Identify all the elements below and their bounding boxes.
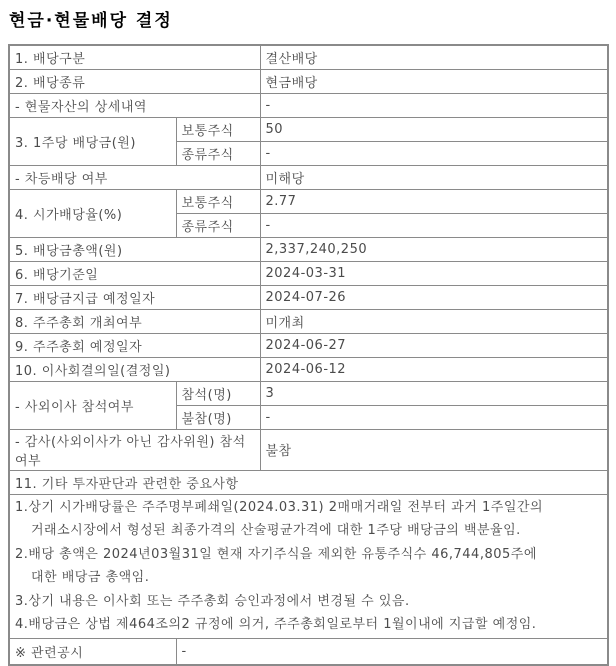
table-row: 3. 1주당 배당금(원) 보통주식 50 — [9, 117, 608, 141]
row-label: ※ 관련공시 — [9, 638, 176, 665]
row-label: 4. 시가배당율(%) — [9, 189, 176, 237]
row-value: 미개최 — [260, 309, 608, 333]
note-line: 대한 배당금 총액임. — [15, 566, 602, 590]
row-value: - — [260, 141, 608, 165]
row-sublabel: 불참(명) — [176, 405, 260, 429]
row-label: 7. 배당금지급 예정일자 — [9, 285, 260, 309]
table-row: 8. 주주총회 개최여부 미개최 — [9, 309, 608, 333]
row-value: 50 — [260, 117, 608, 141]
table-row: 6. 배당기준일 2024-03-31 — [9, 261, 608, 285]
row-sublabel: 보통주식 — [176, 117, 260, 141]
row-value: - — [176, 638, 608, 665]
row-label: 9. 주주총회 예정일자 — [9, 333, 260, 357]
disclosure-table: 1. 배당구분 결산배당 2. 배당종류 현금배당 - 현물자산의 상세내역 -… — [8, 44, 609, 666]
row-value: - — [260, 93, 608, 117]
row-value: 현금배당 — [260, 69, 608, 93]
page-title: 현금·현물배당 결정 — [9, 6, 616, 31]
section-header: 11. 기타 투자판단과 관련한 중요사항 — [9, 470, 608, 494]
row-label: 8. 주주총회 개최여부 — [9, 309, 260, 333]
row-sublabel: 종류주식 — [176, 213, 260, 237]
table-row: - 사외이사 참석여부 참석(명) 3 — [9, 381, 608, 405]
row-label: - 감사(사외이사가 아닌 감사위원) 참석여부 — [9, 429, 260, 470]
row-label: 6. 배당기준일 — [9, 261, 260, 285]
row-label: 2. 배당종류 — [9, 69, 260, 93]
row-value: - — [260, 405, 608, 429]
row-value: 2.77 — [260, 189, 608, 213]
table-row: ※ 관련공시 - — [9, 638, 608, 665]
table-row: 10. 이사회결의일(결정일) 2024-06-12 — [9, 357, 608, 381]
row-label: 10. 이사회결의일(결정일) — [9, 357, 260, 381]
row-sublabel: 보통주식 — [176, 189, 260, 213]
note-line: 거래소시장에서 형성된 최종가격의 산술평균가격에 대한 1주당 배당금의 백분… — [15, 519, 602, 543]
table-row: 2. 배당종류 현금배당 — [9, 69, 608, 93]
table-row: 7. 배당금지급 예정일자 2024-07-26 — [9, 285, 608, 309]
row-value: 2,337,240,250 — [260, 237, 608, 261]
table-row: 1. 배당구분 결산배당 — [9, 45, 608, 69]
table-row: - 현물자산의 상세내역 - — [9, 93, 608, 117]
row-label: 1. 배당구분 — [9, 45, 260, 69]
note-line: 1.상기 시가배당률은 주주명부폐쇄일(2024.03.31) 2매매거래일 전… — [15, 496, 602, 520]
table-row: 11. 기타 투자판단과 관련한 중요사항 — [9, 470, 608, 494]
table-row: 9. 주주총회 예정일자 2024-06-27 — [9, 333, 608, 357]
row-value: 미해당 — [260, 165, 608, 189]
row-label: 5. 배당금총액(원) — [9, 237, 260, 261]
note-line: 3.상기 내용은 이사회 또는 주주총회 승인과정에서 변경될 수 있음. — [15, 590, 602, 614]
row-sublabel: 참석(명) — [176, 381, 260, 405]
table-row: 1.상기 시가배당률은 주주명부폐쇄일(2024.03.31) 2매매거래일 전… — [9, 494, 608, 638]
row-value: 불참 — [260, 429, 608, 470]
row-label: - 사외이사 참석여부 — [9, 381, 176, 429]
table-row: - 감사(사외이사가 아닌 감사위원) 참석여부 불참 — [9, 429, 608, 470]
row-label: - 현물자산의 상세내역 — [9, 93, 260, 117]
row-label: - 차등배당 여부 — [9, 165, 260, 189]
notes-cell: 1.상기 시가배당률은 주주명부폐쇄일(2024.03.31) 2매매거래일 전… — [9, 494, 608, 638]
row-value: 2024-03-31 — [260, 261, 608, 285]
row-value: 2024-07-26 — [260, 285, 608, 309]
row-value: 2024-06-27 — [260, 333, 608, 357]
note-line: 4.배당금은 상법 제464조의2 규정에 의거, 주주총회일로부터 1월이내에… — [15, 613, 602, 637]
row-value: 2024-06-12 — [260, 357, 608, 381]
row-value: - — [260, 213, 608, 237]
table-row: 5. 배당금총액(원) 2,337,240,250 — [9, 237, 608, 261]
row-sublabel: 종류주식 — [176, 141, 260, 165]
row-value: 3 — [260, 381, 608, 405]
row-value: 결산배당 — [260, 45, 608, 69]
note-line: 2.배당 총액은 2024년03월31일 현재 자기주식을 제외한 유통주식수 … — [15, 543, 602, 567]
table-row: 4. 시가배당율(%) 보통주식 2.77 — [9, 189, 608, 213]
row-label: 3. 1주당 배당금(원) — [9, 117, 176, 165]
table-row: - 차등배당 여부 미해당 — [9, 165, 608, 189]
